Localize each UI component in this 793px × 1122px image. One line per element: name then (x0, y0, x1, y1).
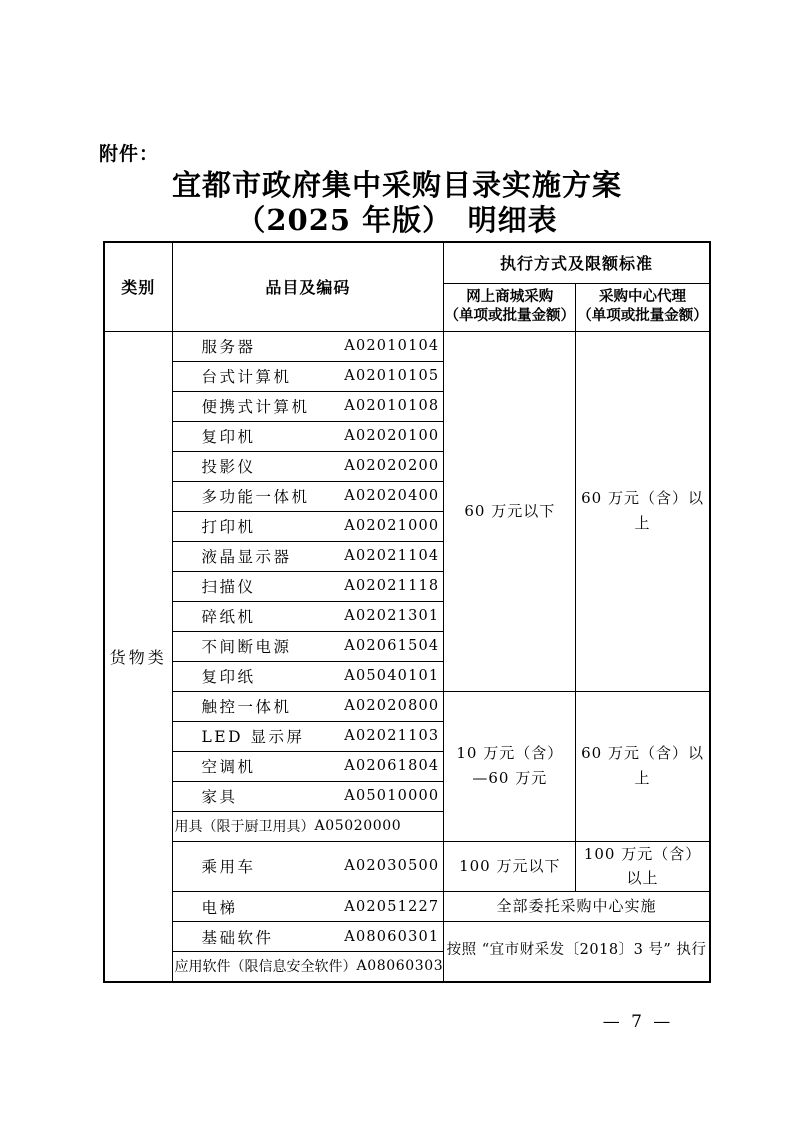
item-code: A02020200 (344, 458, 443, 474)
item-code: A02010104 (344, 338, 443, 354)
item-code: A05020000 (315, 818, 402, 834)
item-code: A02021118 (344, 578, 443, 594)
item-name: 触控一体机 (173, 695, 292, 717)
limit-online-group2: 10 万元（含） —60 万元 (444, 691, 576, 841)
item-name: 用具（限于厨卫用具） (173, 816, 315, 836)
item-name: 投影仪 (173, 455, 256, 477)
page-number: — 7 — (583, 1012, 693, 1032)
item-name: 碎纸机 (173, 605, 256, 627)
table-row: 电梯A02051227 全部委托采购中心实施 (104, 892, 710, 922)
header-item-and-code: 品目及编码 (172, 242, 444, 331)
limit-online-vehicle: 100 万元以下 (444, 841, 576, 892)
item-name: 多功能一体机 (173, 485, 310, 507)
document-title: 宜都市政府集中采购目录实施方案 （2025 年版） 明细表 (84, 168, 710, 238)
item-code: A02021301 (344, 608, 443, 624)
table-row: 触控一体机A02020800 10 万元（含） —60 万元 60 万元（含）以… (104, 691, 710, 721)
item-name: 乘用车 (173, 855, 256, 877)
header-execution-standard: 执行方式及限额标准 (444, 242, 710, 283)
item-name: 应用软件（限信息安全软件） (173, 956, 357, 976)
limit-software: 按照 “宜市财采发〔2018〕3 号” 执行 (444, 922, 710, 982)
limit-center-vehicle: 100 万元（含）以上 (576, 841, 710, 892)
item-code: A02061804 (344, 758, 443, 774)
item-code: A02021103 (344, 728, 443, 744)
item-code: A02020800 (344, 698, 443, 714)
item-code: A02051227 (344, 899, 443, 915)
item-code: A02010105 (344, 368, 443, 384)
document-title-line2: （2025 年版） 明细表 (84, 203, 710, 238)
item-name: 台式计算机 (173, 365, 292, 387)
limit-elevator: 全部委托采购中心实施 (444, 892, 710, 922)
limit-center-group1: 60 万元（含）以上 (576, 331, 710, 691)
item-name: 液晶显示器 (173, 545, 292, 567)
table-row: 乘用车A02030500 100 万元以下 100 万元（含）以上 (104, 841, 710, 892)
item-name: 空调机 (173, 755, 256, 777)
item-name: 服务器 (173, 335, 256, 357)
limit-center-group2: 60 万元（含）以上 (576, 691, 710, 841)
item-code: A02061504 (344, 638, 443, 654)
item-name: 扫描仪 (173, 575, 256, 597)
item-name: 便携式计算机 (173, 395, 310, 417)
item-code: A02021104 (344, 548, 443, 564)
limit-online-group1: 60 万元以下 (444, 331, 576, 691)
attachment-label: 附件： (99, 139, 159, 166)
item-code: A08060303 (357, 958, 444, 974)
document-title-line1: 宜都市政府集中采购目录实施方案 (84, 168, 710, 203)
item-code: A02010108 (344, 398, 443, 414)
table-row: 基础软件A08060301 按照 “宜市财采发〔2018〕3 号” 执行 (104, 922, 710, 952)
item-name: 复印纸 (173, 665, 256, 687)
item-code: A02020400 (344, 488, 443, 504)
item-name: 不间断电源 (173, 635, 292, 657)
item-name: 基础软件 (173, 926, 274, 948)
item-code: A05010000 (344, 788, 443, 804)
item-code: A05040101 (344, 668, 443, 684)
item-name: LED 显示屏 (173, 725, 305, 747)
procurement-table: 类别 品目及编码 执行方式及限额标准 网上商城采购 （单项或批量金额） 采购中心… (103, 241, 711, 983)
item-code: A02020100 (344, 428, 443, 444)
table-row: 货物类 服务器A02010104 60 万元以下 60 万元（含）以上 (104, 331, 710, 361)
header-online-mall: 网上商城采购 （单项或批量金额） (444, 283, 576, 331)
document-page: 附件： 宜都市政府集中采购目录实施方案 （2025 年版） 明细表 类别 品目及… (0, 0, 793, 1122)
table-header-row-1: 类别 品目及编码 执行方式及限额标准 (104, 242, 710, 283)
item-name: 电梯 (173, 896, 238, 918)
item-name: 家具 (173, 785, 238, 807)
header-category: 类别 (104, 242, 172, 331)
item-code: A08060301 (344, 929, 443, 945)
header-center-agency: 采购中心代理 （单项或批量金额） (576, 283, 710, 331)
category-cell: 货物类 (104, 331, 172, 982)
item-name: 打印机 (173, 515, 256, 537)
item-code: A02021000 (344, 518, 443, 534)
item-code: A02030500 (344, 858, 443, 874)
item-name: 复印机 (173, 425, 256, 447)
